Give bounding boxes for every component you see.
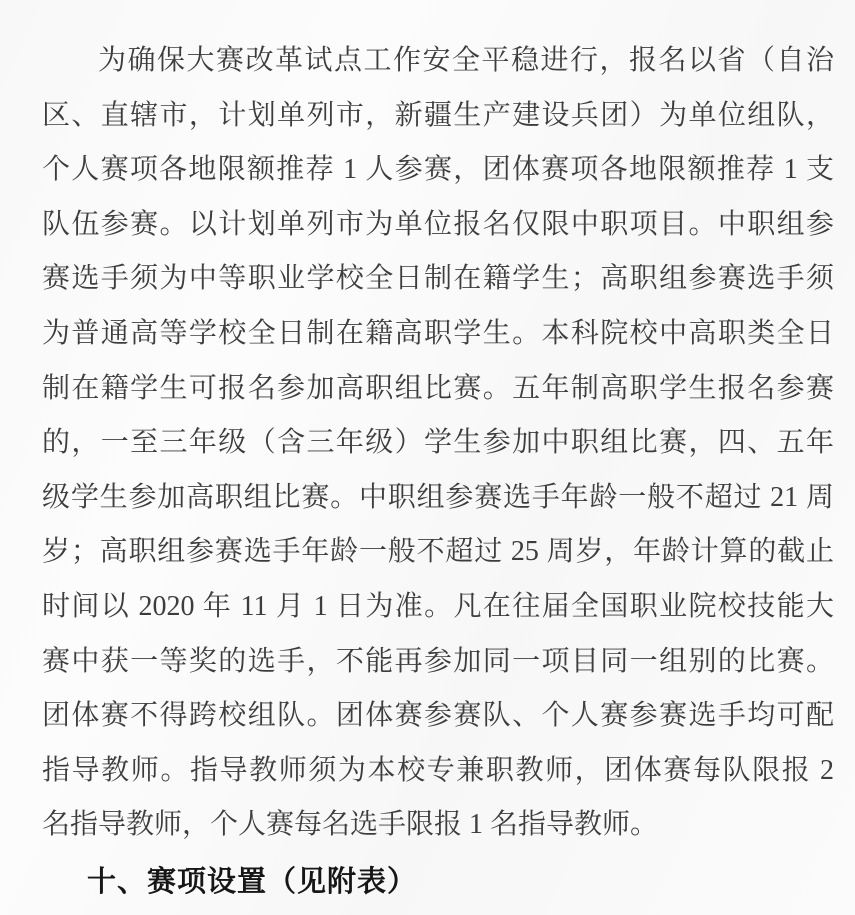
paragraph-line: 名指导教师，个人赛每名选手限报 1 名指导教师。 bbox=[42, 798, 834, 853]
paragraph-line: 级学生参加高职组比赛。中职组参赛选手年龄一般不超过 21 周 bbox=[42, 471, 834, 526]
paragraph-line: 赛选手须为中等职业学校全日制在籍学生；高职组参赛选手须 bbox=[42, 252, 834, 307]
paragraph-line: 岁；高职组参赛选手年龄一般不超过 25 周岁，年龄计算的截止 bbox=[42, 525, 834, 580]
section-heading: 十、赛项设置（见附表） bbox=[42, 854, 834, 910]
paragraph-line: 区、直辖市，计划单列市，新疆生产建设兵团）为单位组队， bbox=[42, 89, 834, 144]
paragraph-line: 指导教师。指导教师须为本校专兼职教师，团体赛每队限报 2 bbox=[42, 744, 834, 799]
paragraph-line: 制在籍学生可报名参加高职组比赛。五年制高职学生报名参赛 bbox=[42, 362, 834, 417]
paragraph-line: 为普通高等学校全日制在籍高职学生。本科院校中高职类全日 bbox=[42, 307, 834, 362]
paragraph-line: 为确保大赛改革试点工作安全平稳进行，报名以省（自治 bbox=[42, 34, 834, 89]
document-page: 为确保大赛改革试点工作安全平稳进行，报名以省（自治 区、直辖市，计划单列市，新疆… bbox=[0, 0, 855, 915]
paragraph-line: 的，一至三年级（含三年级）学生参加中职组比赛，四、五年 bbox=[42, 416, 834, 471]
paragraph-line: 队伍参赛。以计划单列市为单位报名仅限中职项目。中职组参 bbox=[42, 198, 834, 253]
paragraph-line: 时间以 2020 年 11 月 1 日为准。凡在往届全国职业院校技能大 bbox=[42, 580, 834, 635]
paragraph-line: 赛中获一等奖的选手，不能再参加同一项目同一组别的比赛。 bbox=[42, 635, 834, 690]
paragraph-line: 团体赛不得跨校组队。团体赛参赛队、个人赛参赛选手均可配 bbox=[42, 689, 834, 744]
paragraph-line: 个人赛项各地限额推荐 1 人参赛，团体赛项各地限额推荐 1 支 bbox=[42, 143, 834, 198]
document-text-block: 为确保大赛改革试点工作安全平稳进行，报名以省（自治 区、直辖市，计划单列市，新疆… bbox=[42, 34, 834, 910]
